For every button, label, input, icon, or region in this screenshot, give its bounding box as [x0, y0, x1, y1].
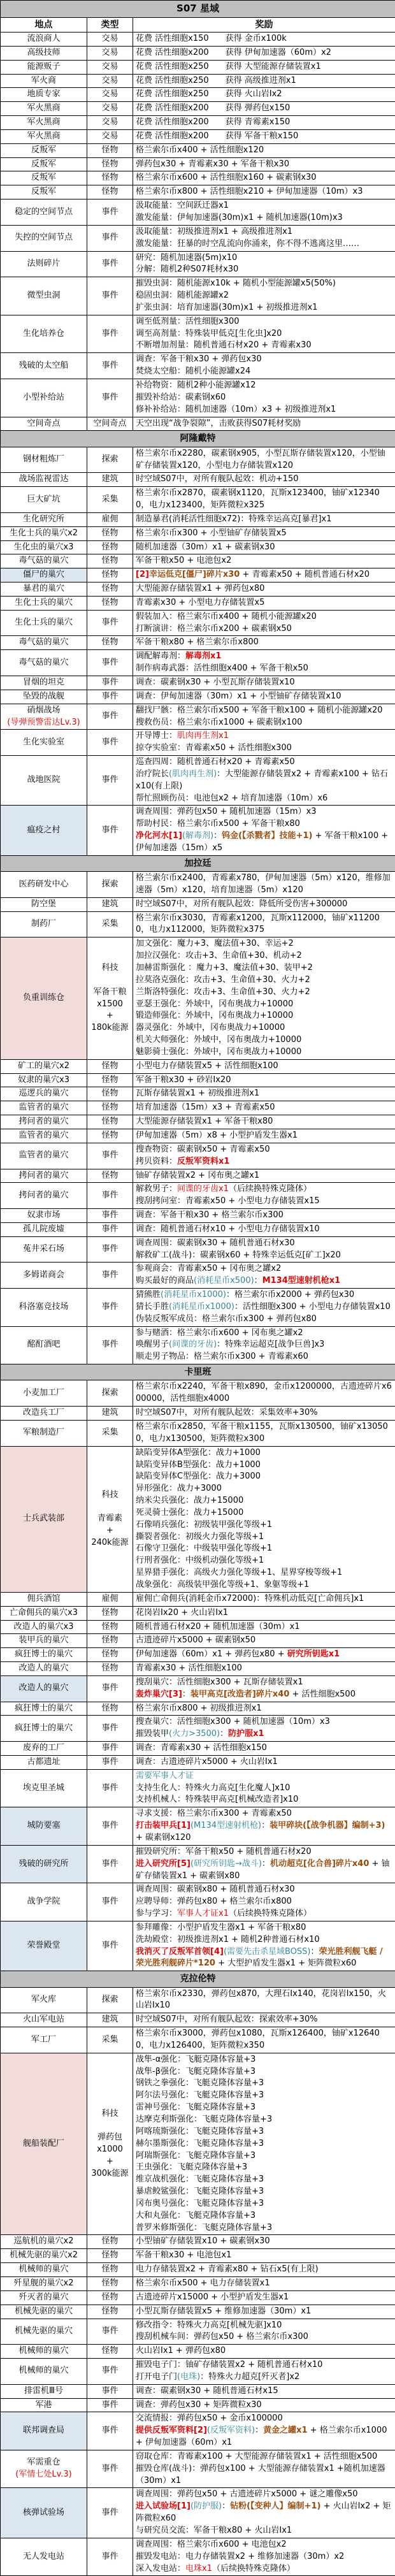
reward-text-segment: 钻粉(【变种人】编制+1)	[230, 2501, 320, 2511]
location-name: 改造人的巢穴	[18, 1663, 68, 1673]
reward-cell: 铀矿存储装置x2 + 冈布奥之罐x1	[133, 1169, 395, 1183]
type-cell: 事件	[87, 2538, 133, 2576]
reward-text-segment: 不断增加剂量：随机普通石材x20 + 青霉素x30	[136, 340, 312, 350]
location-name: 小麦加工厂	[23, 1388, 64, 1398]
type-cell: 事件	[87, 610, 133, 636]
type-label: 事件	[90, 2551, 130, 2563]
type-cell: 怪物	[87, 568, 133, 582]
reward-line: 随机加速器（30m）x1 + 碳素钢x30	[136, 542, 392, 554]
reward-text-segment: 维京战机强化：飞艇克隆体容量+3	[136, 2174, 264, 2184]
table-row: 残破的太空船事件调查：军备干粮x30 + 弹药包x30焚烧太空船：随机小能源罐x…	[1, 353, 395, 379]
type-cell: 怪物	[87, 185, 133, 199]
location-name: 生化士兵的巢穴x2	[10, 528, 78, 538]
location-name: 亡命佣兵的巢穴x3	[10, 1608, 78, 1617]
location-name: 军火库	[31, 1995, 56, 2004]
type-cell: 事件	[87, 1263, 133, 1289]
reward-cell: 军备干粮x30 + 电池包x1	[133, 2249, 395, 2263]
table-row: 无人发电站事件调查周围：格兰索尔币x600 + 电池包x2摧毁发电站：电力存储装…	[1, 2538, 395, 2576]
reward-line: 调查周围：弹药包x50 + 古遗迹碎片x5000 + 谜之雕像x50	[136, 2489, 392, 2501]
reward-line: 格兰索尔币x300 + 小型铀矿存储装置x5	[136, 528, 392, 540]
type-cell: 事件	[87, 1742, 133, 1756]
reward-cell: 交流情报：弹药包x50 + 金币x100000提供反叛军资料[2](反叛军资料)…	[133, 2412, 395, 2450]
type-cell: 事件	[87, 251, 133, 277]
reward-text-segment: 调查周围：碳素钢x30 + 随机普通石材x30	[136, 1238, 295, 1248]
reward-line: 购买最好的商品(消耗星币x500)：M134型速射机枪x1	[136, 1275, 392, 1287]
reward-text-segment: 格兰索尔币x800 + 初级推进剂x1	[136, 1704, 262, 1713]
reward-line: 战隼-α强化：飞艇克隆体容量+3	[136, 2054, 392, 2066]
reward-line: 格兰索尔币x2870，碳素钢x1120，瓦斯x123400，铀矿x123400，…	[136, 488, 392, 512]
type-label: 事件	[90, 1820, 130, 1832]
type-label: 事件	[90, 1723, 130, 1735]
reward-text-segment: 修补补给站：随机加速器（10m）x3 + 初级推进剂x1	[136, 405, 336, 414]
reward-cell: 时空域S07中，对所有舰队起效：采集效率+30%	[133, 1407, 395, 1421]
type-cell: 怪物	[87, 1087, 133, 1101]
reward-cell: 调查周围：弹药包x50 + 古遗迹碎片x5000 + 谜之雕像x50进入试验场[…	[133, 2488, 395, 2538]
location-name: 防空堡	[31, 899, 56, 909]
reward-text-segment: ：活性细胞x300 + 小型电力存储装置x10	[234, 1302, 391, 1312]
location-cell: 巡逻兵的巢穴	[1, 1087, 87, 1101]
reward-text-segment: 火山岩Ⅰx1 + 弹药包x80	[136, 2346, 226, 2355]
reward-line: 摧毁仓库(战斗)：弹药包x100 + 大型能源存储装置x1 +随机加速器（30m…	[136, 2463, 392, 2487]
reward-text-segment: 修改指令：特殊火力高克[机械先驱]x10	[136, 2320, 282, 2330]
reward-cell: 加文强化：魔力+3、魔法值+30、幸运+2加拉汉强化：攻击+3、生命值+30、机…	[133, 937, 395, 1059]
reward-line: 冈布奥号强化：飞艇克隆体容量+3	[136, 2198, 392, 2210]
reward-line: [2]幸运低克[僵尸]碎片x30 + 青霉素x50 + 随机普通石材x20	[136, 569, 392, 581]
location-cell: 疯狂博士的巢穴	[1, 1702, 87, 1716]
reward-cell: 假装加入：格兰索尔币x400 + 随机小能源罐x20打断演讲：格兰索尔币x200…	[133, 610, 395, 636]
reward-text-segment: 调查：碳素钢x30 + 小型瓦斯存储装置x10	[136, 677, 295, 687]
table-row: 流浪商人交易花费 活性细胞x150 获得 金币x100k	[1, 33, 395, 47]
table-row: 拷问者的巢穴怪物铀矿存储装置x2 + 冈布奥之罐x1	[1, 1169, 395, 1183]
reward-line: 古遗迹碎片x5000 + 碳素钢x50	[136, 1635, 392, 1647]
location-name: 改造人的巢穴x3	[14, 1622, 74, 1632]
reward-line: 缺陷变异体A型强化：战力+1000	[136, 1447, 392, 1459]
reward-line: 搜刮机械车间：弹药包x50 + 格兰索尔币x300	[136, 2331, 392, 2343]
reward-line: 机关大师强化：外域中，冈布奥战力+10000	[136, 1034, 392, 1046]
s07-region-table: S07 星域 地点 类型 奖励 流浪商人交易花费 活性细胞x150 获得 金币x…	[0, 0, 395, 2576]
reward-text-segment: 猜熊胜	[136, 1290, 161, 1299]
reward-text-segment: 交流情报：弹药包x50 + 金币x100000	[136, 2413, 283, 2423]
location-name: 毒气菇的巢穴	[18, 637, 68, 647]
type-cell: 怪物	[87, 2345, 133, 2359]
location-name: 拷问者的巢穴	[18, 1190, 68, 1200]
reward-text-segment: 普罗米修斯强化：飞艇克隆体容量+3	[136, 2223, 272, 2232]
reward-line: 花费 活性细胞x200 获得 军备干粮x150	[136, 131, 392, 143]
type-cell: 事件	[87, 1883, 133, 1921]
column-header-row: 地点 类型 奖励	[1, 17, 395, 32]
reward-line: 调查：军备干粮x30 + 弹药包x30	[136, 354, 392, 366]
reward-line: 战象强化：高级装甲强化等级+1、象躯等级+1	[136, 1579, 392, 1591]
type-cell: 事件	[87, 1326, 133, 1364]
type-label: 怪物	[90, 1075, 130, 1087]
section-header: 卡里班	[1, 1364, 395, 1380]
reward-cell: 花费 活性细胞x250 获得 高级推进剂x1	[133, 74, 395, 88]
reward-text-segment: 拉莫洛克强化：攻击+3、生命值+30、火力+2	[136, 975, 310, 985]
reward-line: 参拜雕像：小型护盾发生器x1 + 军备干粮x80	[136, 1922, 392, 1934]
table-row: 生化培养仓事件调至低剂量：活性细胞x300调至高剂量：特殊装甲低克[生化虫]x2…	[1, 315, 395, 353]
location-name: 机械先驱的巢穴	[15, 2306, 73, 2316]
location-requirement: (导弹预警雷达Lv.3)	[3, 717, 84, 729]
table-row: 改造人的巢穴事件搜刮巢穴：活性细胞x300 + 瓦斯存储装置x1轰炸巢穴[3]：…	[1, 1675, 395, 1702]
location-cell: 装甲兵的巢穴	[1, 1634, 87, 1648]
reward-text-segment: 激发能量：伊甸加速器(30m)x1 + 随机加速器(10m)x3	[136, 213, 343, 222]
reward-cell: 花费 活性细胞x250 获得 大型能源存储装置x1	[133, 60, 395, 74]
reward-line: 调查周围：碳素钢x80 + 随机普通石材x30	[136, 1884, 392, 1896]
type-label: 怪物	[90, 528, 130, 540]
reward-text-segment: 调查：伊甸加速器（30m）x1 + 小型铀矿存储装置x10	[136, 691, 341, 701]
location-cell: 地质专家	[1, 88, 87, 102]
reward-cell: 搜查巢穴：活性细胞x300 + 随机加速器（10m）x3摧毁装甲(火力>3500…	[133, 1716, 395, 1742]
location-name: 监管者的巢穴	[18, 1131, 68, 1140]
type-extra-gap	[90, 2120, 130, 2132]
reward-text-segment: 格兰索尔币x3030，青霉素x1200，瓦斯x112000，铀矿x112000，…	[136, 913, 380, 935]
reward-text-segment: 防护服x1	[228, 1729, 264, 1739]
reward-text-segment: 深入发电站：	[136, 2564, 185, 2573]
reward-cell: 解救男子：间谍的牙齿x1（后续换特殊克隆体）搜刮拷问室：青霉素x50 + 小型电…	[133, 1183, 395, 1209]
type-label: 科技	[90, 1489, 130, 1501]
type-label: 事件	[90, 2385, 130, 2398]
reward-cell: 弹药包x30 + 青霉素x30 + 军备干粮x30	[133, 157, 395, 171]
reward-text-segment: 培育加速器（15m）x3 + 青霉素x50	[136, 1103, 275, 1112]
reward-cell: 格兰索尔币x300 + 小型铀矿存储装置x5	[133, 526, 395, 540]
reward-text-segment: 调查：军备干粮x30 + 弹药包x30	[136, 354, 262, 364]
table-row: 巡逻兵的巢穴怪物瓦斯存储装置x1 + 初级推进剂x1	[1, 1087, 395, 1101]
location-name: 法则碎片	[27, 259, 60, 268]
reward-line: 普罗米修斯强化：飞艇克隆体容量+3	[136, 2222, 392, 2234]
reward-line: 异形强化：战力+3000	[136, 1483, 392, 1495]
type-cell: 怪物	[87, 143, 133, 157]
reward-cell: 调配解毒剂：解毒剂x1制作病毒武器：活性细胞x400 + 军备干粮x50	[133, 650, 395, 676]
reward-text-segment: 伊甸加速器（60m）x1 + 弹药包x80 +	[136, 1649, 287, 1659]
reward-text-segment: 参与学习：	[136, 1909, 177, 1918]
reward-text-segment: 应聘导师：弹药包x80 + 格兰索尔币x800	[136, 1897, 292, 1906]
reward-line: 应聘导师：弹药包x80 + 格兰索尔币x800	[136, 1896, 392, 1908]
table-row: 高级技师交易花费 活性细胞x200 获得 伊甸加速器（60m）x2	[1, 46, 395, 60]
reward-text-segment: 达摩克利斯强化：飞艇克隆体容量+3	[136, 2115, 272, 2124]
location-name: 冒烟的坦克	[23, 677, 64, 687]
reward-cell: 调至低剂量：活性细胞x300调至高剂量：特殊装甲低克[生化虫]x20不断增加剂量…	[133, 315, 395, 353]
reward-line: 解救矿工(战斗)：碳素钢x60 + 特殊幸运低克[矿工]x20	[136, 1250, 392, 1262]
type-label: 交易	[90, 47, 130, 59]
reward-cell: 大型能源存储装置x1 + 军备干粮x80	[133, 1115, 395, 1129]
type-cell: 事件	[87, 2359, 133, 2385]
reward-text-segment: 假装加入：格兰索尔币x400 + 随机小能源罐x20	[136, 612, 317, 621]
section-header: 阿隆戴特	[1, 431, 395, 447]
reward-cell: 摧毁电子门：铀矿存储装置x2 + 随机普通石材x10打开电子门(电珠)：特殊火力…	[133, 2359, 395, 2385]
reward-text-segment: 军事人才证x1	[177, 1909, 229, 1918]
reward-cell: 调查：伊甸加速器（30m）x1 + 小型铀矿存储装置x10	[133, 690, 395, 704]
reward-cell: 翻找尸骸：格兰索尔币x500 + 军备干粮x100 + 随机小能源罐x20搜救伤…	[133, 704, 395, 730]
reward-line: 亚瑟王强化：外域中，冈布奥战力+10000	[136, 999, 392, 1011]
reward-cell: 摧毁虫洞：随机能源x10k + 随机小型能源罐x5(50%)稳固虫洞：随机能源罐…	[133, 277, 395, 315]
reward-line: 打断演讲：格兰索尔币x200 + 碳素钢x50	[136, 623, 392, 635]
reward-line: 开导博士：肌肉再生剂x1	[136, 730, 392, 742]
table-row: 军火黑商交易花费 活性细胞x200 获得 青霉素x150	[1, 116, 395, 130]
table-row: 机械先驱的巢穴x2怪物军备干粮x30 + 电池包x1	[1, 2249, 395, 2263]
type-cell: 采集	[87, 1421, 133, 1447]
reward-text-segment: (间谍的牙齿)	[169, 1340, 217, 1349]
reward-line: 锻造师强化：外域中，冈布奥战力+10000	[136, 1010, 392, 1022]
reward-text-segment: + 活性细胞x500	[289, 1690, 355, 1699]
reward-text-segment: 机动超克[化合兽]碎片x40	[270, 1859, 369, 1869]
reward-text-segment: 加赫雷斯强化 ：魔力+3、魔法值+30、装甲+2	[136, 963, 313, 973]
reward-line: 顺走男子物品：格兰索尔币x300 + 青霉素x60	[136, 1351, 392, 1363]
table-row: 生化士兵的巢穴事件假装加入：格兰索尔币x400 + 随机小能源罐x20打断演讲：…	[1, 610, 395, 636]
location-name: 装甲兵的巢穴	[18, 1635, 68, 1645]
table-row: 反叛军怪物格兰索尔币x800 + 活性细胞x210 + 伊甸加速器（10m）x3	[1, 185, 395, 199]
location-cell: 巨大矿坑	[1, 487, 87, 513]
reward-cell: 培育加速器（15m）x3 + 青霉素x50	[133, 1101, 395, 1115]
reward-text-segment: ：	[311, 1947, 319, 1957]
reward-text-segment: 调查：青霉素x30 + 活性细胞x150	[136, 1743, 267, 1753]
type-label: 怪物	[90, 2250, 130, 2262]
reward-cell: 大型能源存储装置x1 + 弹药包x80	[133, 582, 395, 597]
location-cell: 法则碎片	[1, 251, 87, 277]
reward-line: 格兰索尔币x3030，青霉素x1200，瓦斯x112000，铀矿x112000，…	[136, 913, 392, 937]
table-row: 瘟疫之村事件调查周围：弹药包x50 + 随机加速器（15m）x3帮助村民：格兰索…	[1, 806, 395, 855]
reward-line: 军备干粮x80 + 格兰索尔币x800	[136, 637, 392, 649]
reward-text-segment: (需要先击杀星域BOSS)	[224, 1947, 311, 1957]
reward-text-segment: ：	[213, 831, 222, 841]
reward-text-segment: (火力>3500)	[169, 1729, 220, 1739]
reward-cell: 花费 活性细胞x250 获得 火山岩Ⅰx2	[133, 88, 395, 102]
location-cell: 城防要塞	[1, 1807, 87, 1846]
reward-line: 帮忙照顾伤员：电池包x2 + 培育加速器（10m）x6	[136, 793, 392, 805]
reward-cell: 时空域S07中，对所有舰队起效：机动+150	[133, 473, 395, 487]
type-cell: 事件	[87, 690, 133, 704]
reward-line: 时空域S07中，对所有舰队起效：机动+150	[136, 474, 392, 486]
type-label: 建筑	[90, 1407, 130, 1419]
type-label: 交易	[90, 89, 130, 101]
reward-text-segment: 冈布奥号强化：飞艇克隆体容量+3	[136, 2199, 264, 2208]
reward-line: 古遗迹碎片x15000 + 小型护盾发生器x1	[136, 2292, 392, 2304]
reward-text-segment: 缺陷变异体B型强化：战力+1000	[136, 1460, 261, 1470]
reward-text-segment: 调至低剂量：活性细胞x300	[136, 317, 240, 326]
reward-line: 缺陷变异体B型强化：战力+1000	[136, 1459, 392, 1472]
location-cell: 冒烟的坦克	[1, 676, 87, 690]
type-label: 怪物	[90, 1102, 130, 1114]
reward-cell: 格兰索尔币x2400，青霉素x780，伊甸加速器（5m）x120，维修加速器（5…	[133, 872, 395, 898]
reward-line: 焚烧太空船：随机小能源罐x24	[136, 366, 392, 378]
column-header-reward: 奖励	[133, 17, 395, 32]
location-name: 多姆诺商会	[23, 1270, 64, 1280]
reward-text-segment: 分解：随机2种S07耗材x30	[136, 264, 238, 274]
type-label: 空间奇点	[90, 418, 130, 430]
location-name: 战地医院	[27, 775, 60, 785]
table-row: 地质专家交易花费 活性细胞x250 获得 火山岩Ⅰx2	[1, 88, 395, 102]
location-cell: 反叛军	[1, 171, 87, 185]
reward-cell: 参观商会：青霉素x50 + 冈布奥之罐x2购买最好的商品(消耗星币x500)：M…	[133, 1263, 395, 1289]
reward-text-segment: 研究：随机加速器(5m)x10	[136, 253, 237, 263]
reward-line: 钢铁之拳强化：飞艇克隆体容量+3	[136, 2078, 392, 2090]
table-row: 拷问者的巢穴事件解救男子：间谍的牙齿x1（后续换特殊克隆体）搜刮拷问室：青霉素x…	[1, 1183, 395, 1209]
location-cell: 生化士兵的巢穴x2	[1, 526, 87, 540]
type-cell: 怪物	[87, 540, 133, 554]
table-row: 能源贩子交易花费 活性细胞x250 获得 大型能源存储装置x1	[1, 60, 395, 74]
reward-text-segment: 亚瑟王强化：外域中，冈布奥战力+10000	[136, 999, 293, 1009]
reward-text-segment: 参观商会：青霉素x50 + 冈布奥之罐x2	[136, 1264, 281, 1273]
reward-cell: 火山岩Ⅰx1 + 弹药包x80	[133, 2345, 395, 2359]
type-label: 怪物	[90, 542, 130, 554]
reward-text-segment: 掠夺实验室：青霉素x50 + 活性细胞x300	[136, 743, 292, 753]
type-extra-gap	[90, 974, 130, 987]
location-name: 巨大矿坑	[27, 495, 60, 504]
type-cell: 怪物	[87, 171, 133, 185]
reward-line: 汲取能量：空间跃迁器x1	[136, 200, 392, 212]
type-label: 事件	[90, 258, 130, 270]
type-label: 事件	[90, 1682, 130, 1695]
reward-line: 格兰索尔币x500 + 电力存储装置x1	[136, 2278, 392, 2290]
table-row: 监管者的巢穴怪物培育加速器（15m）x3 + 青霉素x50	[1, 1101, 395, 1115]
type-label: 交易	[90, 75, 130, 87]
location-name: 反叛军	[31, 145, 56, 155]
reward-text-segment: 弹药包x30 + 青霉素x30 + 军备干粮x30	[136, 159, 289, 169]
location-cell: 排雷机Ⅲ号	[1, 2384, 87, 2398]
type-cell: 采集	[87, 487, 133, 513]
location-name: 排雷机Ⅲ号	[24, 2386, 63, 2396]
reward-text-segment: 铀矿存储装置x2 + 冈布奥之罐x1	[136, 1171, 259, 1180]
reward-line: 拷贝资料：反叛军资料x1	[136, 1156, 392, 1168]
location-cell: 拷问者的巢穴	[1, 1169, 87, 1183]
reward-line: 窃取仓库：青霉素x100 + 大型能源存储装置x1 + 活性细胞x500	[136, 2451, 392, 2463]
location-name: 军粮制造厂	[23, 1428, 64, 1437]
location-cell: 联邦调查局	[1, 2412, 87, 2450]
reward-line: 格兰索尔币x2850，军备干粮x1155，瓦斯x130500，铀矿x130500…	[136, 1421, 392, 1445]
location-name: 军港	[35, 2400, 52, 2410]
table-row: 法则碎片事件研究：随机加速器(5m)x10分解：随机2种S07耗材x30	[1, 251, 395, 277]
reward-line: 随机普通石材x20 + 随机加速器（30m）x1	[136, 1621, 392, 1633]
reward-text-segment: 加拉汉强化：攻击+3、生命值+30、机动+2	[136, 951, 302, 960]
reward-text-segment: 古遗迹碎片x5000 + 碳素钢x50	[136, 1635, 255, 1645]
reward-text-segment: 大型能源存储装置x1 + 弹药包x80	[136, 584, 264, 593]
reward-text-segment: 撕裂者强化：初级火力强化等级+1	[136, 1532, 264, 1542]
reward-cell: 汲取能量：初级推进剂x1 + 高级推进剂x1激发能量：狂暴的时空乱流向你涌来，你…	[133, 225, 395, 251]
reward-line: 格兰索尔币x2400，青霉素x780，伊甸加速器（5m）x120，维修加速器（5…	[136, 872, 392, 897]
type-label: 怪物	[90, 569, 130, 581]
reward-text-segment: (消耗星币x500)	[194, 1276, 254, 1285]
location-cell: 孤儿院废墟	[1, 1222, 87, 1236]
reward-text-segment: 军备干粮x30 + 砂岩Ⅰx20	[136, 1075, 231, 1085]
table-row: 医药研发中心探索格兰索尔币x2400，青霉素x780，伊甸加速器（5m）x120…	[1, 872, 395, 898]
reward-text-segment: 打断演讲：格兰索尔币x200 + 碳素钢x50	[136, 624, 292, 633]
reward-line: 战隼-β强化：飞艇克隆体容量+3	[136, 2066, 392, 2078]
reward-line: 帮助村民：格兰索尔币x500 + 军备干粮x80	[136, 818, 392, 830]
reward-text-segment: 花费 活性细胞x200 获得 弹药包x150	[136, 103, 290, 113]
type-label: 怪物	[90, 186, 130, 198]
reward-text-segment: 暴虐鲛鲨强化：飞艇克隆体容量+3	[136, 2187, 264, 2196]
table-row: 钢材粗炼厂探索格兰索尔币x2280，碳素钢x905，小型瓦斯存储装置x120，小…	[1, 447, 395, 473]
reward-line: 兰斯洛特强化：攻击+3、生命值+30、火力+2	[136, 987, 392, 999]
type-cell: 科技 军备干粮x1500+180k能源	[87, 937, 133, 1059]
reward-text-segment: 花费 活性细胞x200 获得 伊甸加速器（60m）x2	[136, 48, 331, 57]
reward-line: 加拉汉强化：攻击+3、生命值+30、机动+2	[136, 950, 392, 962]
type-cell: 事件	[87, 756, 133, 806]
location-cell: 生化士兵的巢穴	[1, 596, 87, 610]
table-row: 多姆诺商会事件参观商会：青霉素x50 + 冈布奥之罐x2购买最好的商品(消耗星币…	[1, 1263, 395, 1289]
reward-text-segment: ：	[220, 1729, 228, 1739]
location-name: 生化培养仓	[23, 329, 64, 338]
type-cell: 事件	[87, 1143, 133, 1169]
location-cell: 废弃的工厂	[1, 1742, 87, 1756]
location-cell: 生化士兵的巢穴	[1, 610, 87, 636]
location-name: 稳定的空间节点	[15, 207, 73, 217]
type-extra-line: x1000	[90, 2144, 130, 2156]
reward-cell: 小型铀矿存储装置x10 + 碳素钢x30	[133, 2235, 395, 2249]
reward-text-segment: + 青霉素x50 + 随机普通石材x20	[240, 570, 370, 579]
section-header: 加拉廷	[1, 855, 395, 871]
location-cell: 毒气菇的巢穴	[1, 554, 87, 568]
reward-text-segment: 调查：随机普通石材x10 + 小型电力存储装置x10	[136, 1224, 320, 1234]
location-cell: 生化实验室	[1, 730, 87, 756]
column-header-type: 类型	[87, 17, 133, 32]
location-cell: 机械先驱的巢穴x2	[1, 2249, 87, 2263]
location-cell: 反叛军	[1, 157, 87, 171]
location-name: 古都遗址	[27, 1757, 60, 1767]
type-cell: 雇佣	[87, 512, 133, 526]
reward-text-segment: 钢铁之拳强化：飞艇克隆体容量+3	[136, 2078, 264, 2088]
reward-text-segment: + 碳素钢x120	[136, 1833, 191, 1842]
type-extra-line: +	[90, 1010, 130, 1022]
table-row: 菟井采石场事件调查周围：碳素钢x30 + 随机普通石材x30解救矿工(战斗)：碳…	[1, 1236, 395, 1263]
reward-cell: 战隼-α强化：飞艇克隆体容量+3战隼-β强化：飞艇克隆体容量+3钢铁之拳强化：飞…	[133, 2053, 395, 2235]
table-row: 孤儿院废墟事件调查：随机普通石材x10 + 小型电力存储装置x10	[1, 1222, 395, 1236]
type-cell: 探索	[87, 1380, 133, 1407]
location-name: 残破的研究所	[18, 1859, 68, 1869]
reward-line: 花费 活性细胞x250 获得 火山岩Ⅰx2	[136, 89, 392, 101]
type-label: 雇佣	[90, 1593, 130, 1605]
table-row: 残破的研究所事件摧毁研究所：军备干粮x50 + 随机普通石材x20进入研究所[5…	[1, 1845, 395, 1883]
type-cell: 交易	[87, 60, 133, 74]
location-cell: 歼星舰的巢穴x2	[1, 2276, 87, 2290]
location-name: 火山军电站	[23, 2015, 64, 2024]
reward-line: 加赫雷斯强化 ：魔力+3、魔法值+30、装甲+2	[136, 962, 392, 974]
table-row: 士兵武装部科技 青霉素+240k能源缺陷变异体A型强化：战力+1000缺陷变异体…	[1, 1446, 395, 1592]
table-row: 巨大矿坑采集格兰索尔币x2870，碳素钢x1120，瓦斯x123400，铀矿x1…	[1, 487, 395, 513]
reward-text-segment: 花费 活性细胞x250 获得 高级推进剂x1	[136, 76, 296, 85]
reward-line: 掠夺实验室：青霉素x50 + 活性细胞x300	[136, 742, 392, 755]
reward-cell: 调查：碳素钢x30 + 随机普通石材x15	[133, 2384, 395, 2398]
reward-cell: 摧毁研究所：军备干粮x50 + 随机普通石材x20进入研究所[5](研究所钥匙→…	[133, 1845, 395, 1883]
reward-text-segment: 机关大师强化：外域中，冈布奥战力+10000	[136, 1035, 301, 1045]
reward-text-segment: 时空域S07中，对所有舰队起效：机动+150	[136, 474, 299, 484]
location-cell: 反叛军	[1, 143, 87, 157]
reward-text-segment: 参拜雕像：小型护盾发生器x1 + 军备干粮x80	[136, 1923, 306, 1932]
reward-line: 青霉素x30 + 活性细胞x100	[136, 1663, 392, 1675]
reward-text-segment: 幸运低克[僵尸]碎片x30	[149, 570, 240, 579]
reward-line: 搜刮拷问室：青霉素x50 + 小型电力存储装置x15	[136, 1196, 392, 1208]
reward-text-segment: 电力存储装置x2 + 青霉素x80 + 钻石x5(有上限)	[136, 2264, 319, 2274]
type-cell: 事件	[87, 277, 133, 315]
type-cell: 事件	[87, 379, 133, 417]
location-cell: 暴君的巢穴	[1, 582, 87, 597]
type-label: 事件	[90, 360, 130, 372]
reward-line: 星界猎手强化：高级火力强化等级+1、星界穿梭等级+1	[136, 1567, 392, 1579]
location-cell: 酩酊酒吧	[1, 1326, 87, 1364]
type-cell: 怪物	[87, 2235, 133, 2249]
location-name: 战争学院	[27, 1897, 60, 1906]
reward-text-segment: 支持机械人：特殊装甲高克[机械改造者]x10	[136, 1795, 298, 1804]
reward-text-segment: 青霉素x30 + 活性细胞x100	[136, 1663, 242, 1673]
location-cell: 军火黑商	[1, 129, 87, 143]
location-cell: 军火黑商	[1, 102, 87, 116]
reward-line: 石像哨兵强化：初级装甲强化等级+1	[136, 1519, 392, 1531]
reward-text-segment: 石像哨兵强化：初级装甲强化等级+1	[136, 1520, 272, 1530]
reward-line: 格兰索尔币x2280，碳素钢x905，小型瓦斯存储装置x120，小型铀矿存储装置…	[136, 448, 392, 472]
reward-cell: 古遗迹碎片x5000 + 碳素钢x50	[133, 1634, 395, 1648]
reward-text-segment: 调查周围：格兰索尔币x600 + 电池包x2	[136, 2540, 287, 2549]
reward-text-segment: 打开电子门	[136, 2372, 177, 2382]
type-label: 事件	[90, 657, 130, 669]
